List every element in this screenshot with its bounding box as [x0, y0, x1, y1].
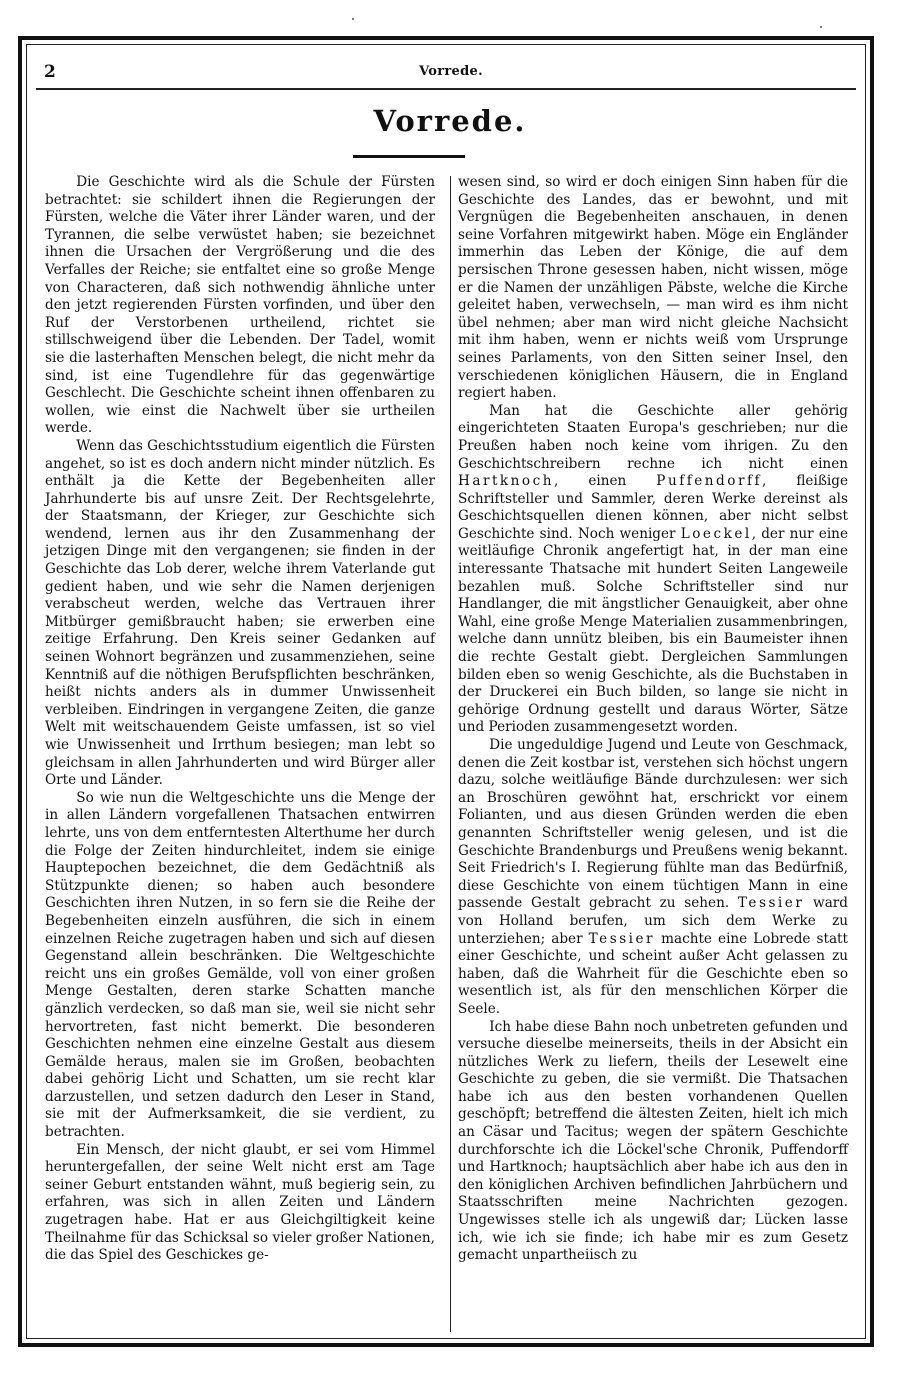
- chapter-title: Vorrede.: [0, 104, 900, 138]
- right-column: wesen sind, so wird er doch einigen Sinn…: [458, 174, 848, 1265]
- text-run: Man hat die Geschichte aller gehörig ein…: [458, 403, 848, 472]
- paragraph: Wenn das Geschichtsstudium eigentlich di…: [45, 438, 435, 790]
- author-name-tessier: Tessier: [589, 931, 655, 947]
- paragraph: Die Geschichte wird als die Schule der F…: [45, 174, 435, 438]
- text-columns: Die Geschichte wird als die Schule der F…: [45, 174, 853, 1334]
- paragraph: Ich habe diese Bahn noch unbetreten gefu…: [458, 1019, 848, 1265]
- header-rule: [36, 88, 856, 90]
- text-run: , einen: [554, 473, 656, 489]
- text-run: Die ungeduldige Jugend und Leute von Ges…: [458, 737, 848, 911]
- column-divider: [450, 176, 451, 1332]
- author-name-loeckel: Loeckel: [681, 526, 752, 542]
- paragraph: wesen sind, so wird er doch einigen Sinn…: [458, 174, 848, 403]
- author-name-hartknoch: Hartknoch: [458, 473, 554, 489]
- paragraph: So wie nun die Weltgeschichte uns die Me…: [45, 790, 435, 1142]
- author-name-puffendorff: Puffendorff: [656, 473, 762, 489]
- page-header: 2 Vorrede.: [44, 58, 858, 88]
- left-column: Die Geschichte wird als die Schule der F…: [45, 174, 435, 1265]
- text-run: , der nur eine weitläufige Chronik angef…: [458, 526, 848, 736]
- running-head: Vorrede.: [44, 64, 858, 79]
- scan-speck: [820, 26, 822, 28]
- scan-speck: [352, 18, 354, 20]
- paragraph: Ein Mensch, der nicht glaubt, er sei vom…: [45, 1142, 435, 1265]
- paragraph: Man hat die Geschichte aller gehörig ein…: [458, 403, 848, 737]
- title-rule: [353, 155, 465, 158]
- author-name-tessier: Tessier: [738, 895, 804, 911]
- paragraph: Die ungeduldige Jugend und Leute von Ges…: [458, 737, 848, 1019]
